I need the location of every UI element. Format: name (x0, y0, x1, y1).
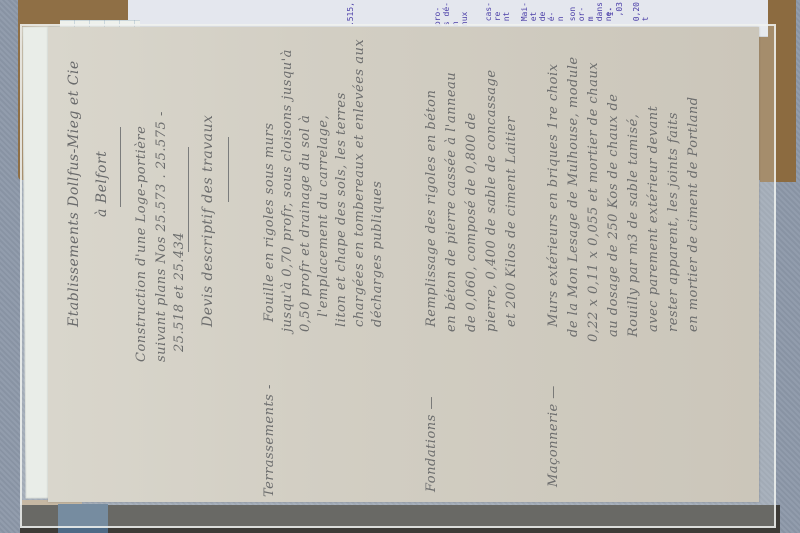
section-line: avec parement extérieur devant (646, 106, 661, 332)
section-line: Fouille en rigoles sous murs (262, 123, 277, 322)
section-line: 0,50 profr et drainage du sol à (298, 115, 313, 332)
section-line: jusqu'à 0,70 profr, sous cloisons jusqu'… (280, 49, 295, 332)
header-plans-2: 25.518 et 25.434 (172, 232, 187, 352)
section-line: et 200 Kilos de ciment Laitier (504, 116, 519, 327)
section-line: de 0,060, composé de 0,800 de (464, 112, 479, 332)
section-line: Rouilly par m3 de sable tamisé, (626, 114, 641, 337)
section-line: chargées en tombereaux et enlevées aux (352, 39, 367, 327)
handwritten-document: Etablissements Dollfus-Mieg et Cie à Bel… (48, 27, 759, 502)
typed-fragment: pro- s dé- n nux (433, 2, 469, 26)
section-line: en béton de pierre cassée à l'anneau (444, 72, 459, 332)
typed-fragment: 1- ,03 (606, 2, 624, 16)
section-label-maconnerie: Maçonnerie — (546, 385, 561, 487)
section-line: l'emplacement du carrelage, (316, 115, 331, 317)
document-title: Devis descriptif des travaux (200, 115, 216, 327)
section-label-fondations: Fondations — (424, 396, 439, 492)
typed-fragment: .515, (346, 2, 355, 26)
section-line: décharges publiques (370, 181, 385, 327)
header-plans: suivant plans Nos 25.573 . 25.575 - (154, 111, 169, 362)
section-line: de la Mon Lesage de Mulhouse, module (566, 56, 581, 337)
section-line: en mortier de ciment de Portland (686, 96, 701, 332)
header-company: Etablissements Dollfus-Mieg et Cie (66, 60, 82, 327)
underline-rule (120, 127, 121, 207)
header-construction: Construction d'une Loge-portière (134, 126, 149, 362)
section-line: Murs extérieurs en briques 1re choix (546, 64, 561, 327)
divider-rule (188, 147, 189, 252)
typed-fragment: Mai- et de é- n (520, 2, 565, 21)
section-label-terrassements: Terrassements - (262, 384, 277, 497)
section-line: Remplissage des rigoles en béton (424, 90, 439, 327)
typed-fragment: 0,20 t (632, 2, 650, 21)
header-location: à Belfort (94, 151, 110, 217)
section-line: pierre, 0,400 de sable de concassage (484, 69, 499, 332)
section-line: au dosage de 250 Kos de chaux de (606, 94, 621, 337)
title-underline (228, 137, 229, 202)
section-line: liton et chape des sols, les terres (334, 92, 349, 327)
section-line: 0,22 x 0,11 x 0,055 et mortier de chaux (586, 62, 601, 342)
section-line: rester apparent, les joints faits (666, 112, 681, 332)
typed-fragment: cas- re nt (484, 2, 511, 21)
